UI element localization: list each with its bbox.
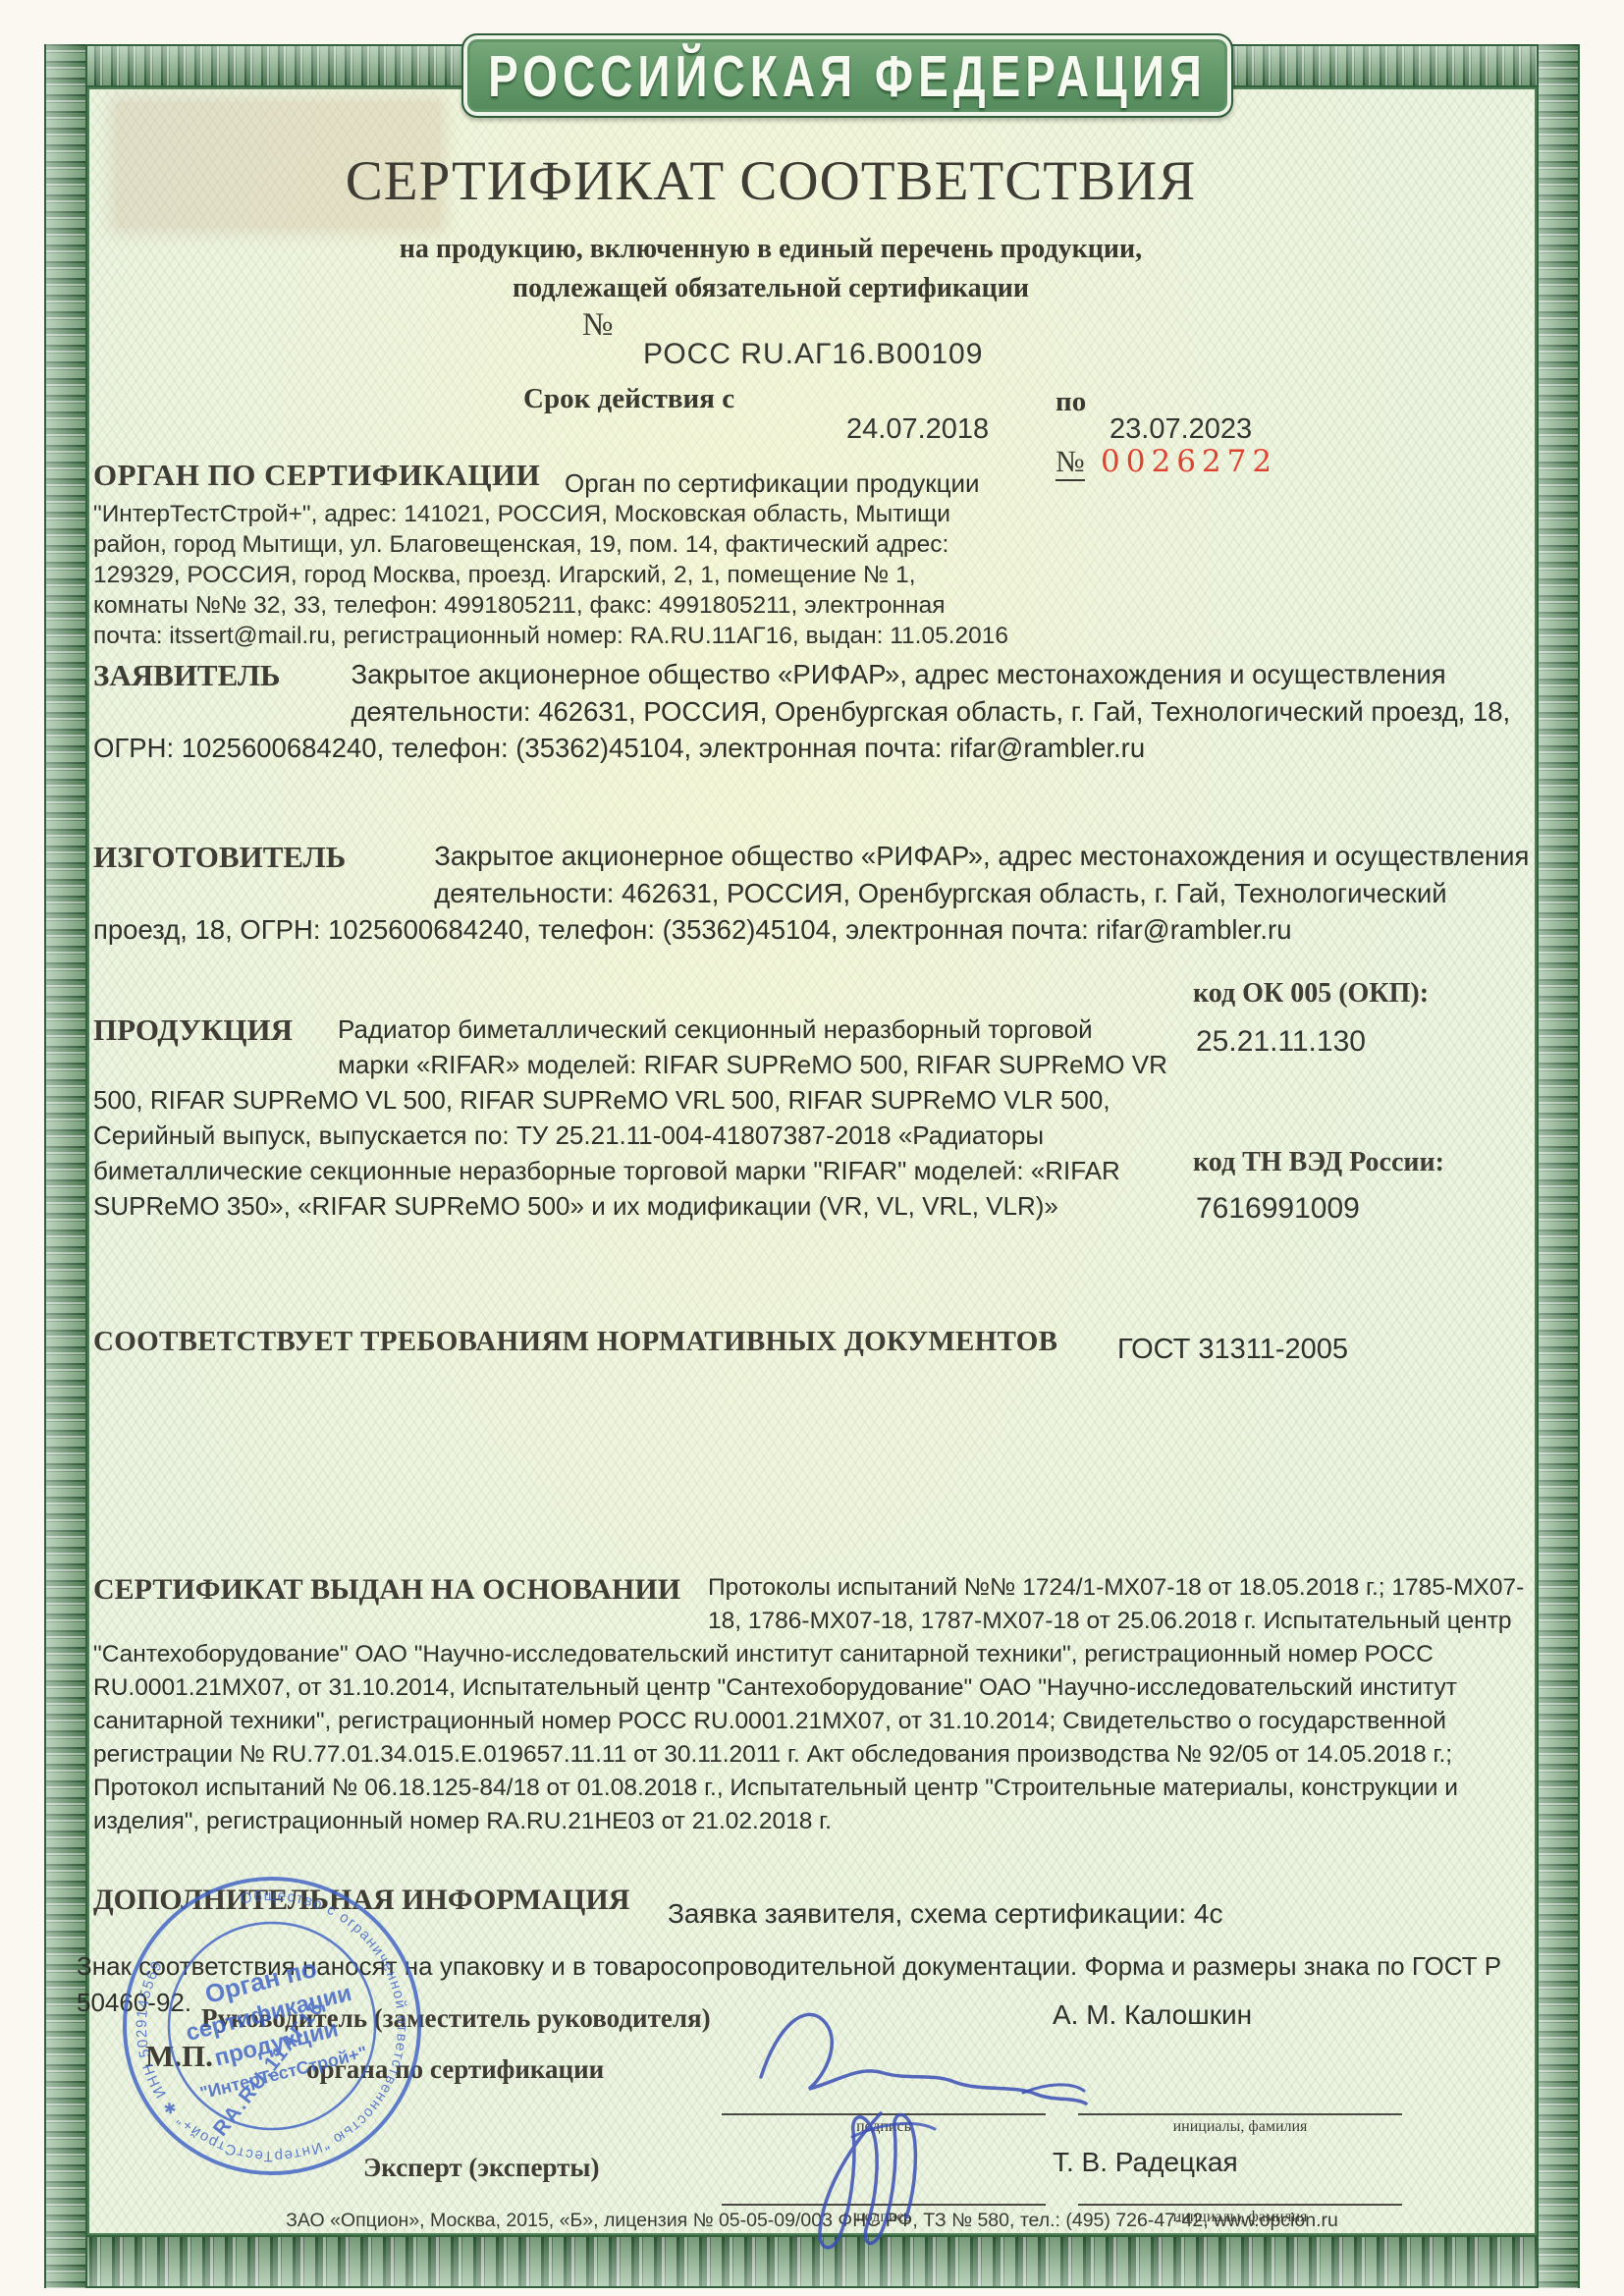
compliance-standard: ГОСТ 31311-2005 bbox=[1117, 1334, 1348, 1366]
tnved-code-label: код ТН ВЭД России: bbox=[1193, 1147, 1444, 1178]
expert-name: Т. В. Радецкая bbox=[1053, 2147, 1238, 2178]
applicant-section: ЗАЯВИТЕЛЬ Закрытое акционерное общество … bbox=[93, 656, 1539, 767]
rf-banner: РОССИЙСКАЯ ФЕДЕРАЦИЯ bbox=[461, 33, 1233, 118]
certificate-number-label: № bbox=[582, 307, 614, 344]
blank-serial-label: № bbox=[1056, 444, 1085, 481]
product-section: ПРОДУКЦИЯ Радиатор биметаллический секци… bbox=[93, 1011, 1168, 1224]
head-name-line: инициалы, фамилия bbox=[1078, 2113, 1402, 2136]
head-name: А. М. Калошкин bbox=[1053, 1999, 1252, 2031]
manufacturer-section: ИЗГОТОВИТЕЛЬ Закрытое акционерное общест… bbox=[93, 838, 1539, 949]
validity-label: Срок действия с bbox=[523, 383, 734, 415]
border-bottom bbox=[44, 2235, 1580, 2288]
certificate-number-value: РОСС RU.АГ16.В00109 bbox=[643, 338, 983, 371]
head-signature-line: подпись bbox=[722, 2113, 1046, 2136]
compliance-heading: СООТВЕТСТВУЕТ ТРЕБОВАНИЯМ НОРМАТИВНЫХ ДО… bbox=[93, 1326, 1057, 1358]
print-house-footer: ЗАО «Опцион», Москва, 2015, «Б», лицензи… bbox=[88, 2210, 1536, 2232]
okp-code-value: 25.21.11.130 bbox=[1196, 1025, 1366, 1059]
validity-to-date: 23.07.2023 bbox=[1110, 413, 1252, 446]
product-heading: ПРОДУКЦИЯ bbox=[93, 1012, 293, 1048]
certification-body-heading: ОРГАН ПО СЕРТИФИКАЦИИ bbox=[93, 458, 540, 493]
head-signature-caption: подпись bbox=[722, 2118, 1046, 2136]
blank-serial-digits: 0026272 bbox=[1101, 444, 1277, 479]
basis-section: СЕРТИФИКАТ ВЫДАН НА ОСНОВАНИИ Протоколы … bbox=[93, 1571, 1541, 1838]
border-right bbox=[1537, 44, 1580, 2288]
head-name-caption: инициалы, фамилия bbox=[1078, 2118, 1402, 2136]
certificate-title: СЕРТИФИКАТ СООТВЕТСТВИЯ bbox=[88, 149, 1453, 213]
certificate-subtitle-line2: подлежащей обязательной сертификации bbox=[88, 273, 1453, 304]
tnved-code-value: 7616991009 bbox=[1196, 1192, 1360, 1226]
validity-from-date: 24.07.2018 bbox=[846, 413, 989, 446]
basis-heading: СЕРТИФИКАТ ВЫДАН НА ОСНОВАНИИ bbox=[93, 1573, 680, 1607]
applicant-text: Закрытое акционерное общество «РИФАР», а… bbox=[93, 659, 1510, 763]
certification-body-text: "ИнтерТестСтрой+", адрес: 141021, РОССИЯ… bbox=[93, 499, 1016, 651]
certification-body-intro: Орган по сертификации продукции bbox=[565, 468, 980, 499]
expert-role: Эксперт (эксперты) bbox=[363, 2153, 599, 2183]
manufacturer-heading: ИЗГОТОВИТЕЛЬ bbox=[93, 839, 346, 876]
applicant-heading: ЗАЯВИТЕЛЬ bbox=[93, 657, 280, 694]
additional-info-value: Заявка заявителя, схема сертификации: 4с bbox=[668, 1898, 1222, 1930]
certificate-subtitle-line1: на продукцию, включенную в единый перече… bbox=[88, 234, 1453, 265]
rf-banner-title: РОССИЙСКАЯ ФЕДЕРАЦИЯ bbox=[488, 41, 1207, 110]
validity-to-label: по bbox=[1056, 386, 1086, 418]
basis-text: Протоколы испытаний №№ 1724/1-МХ07-18 от… bbox=[93, 1574, 1524, 1834]
certificate-page: РОССИЙСКАЯ ФЕДЕРАЦИЯ СЕРТИФИКАТ СООТВЕТС… bbox=[0, 0, 1624, 2296]
blank-serial-number: № 0026272 bbox=[1056, 444, 1277, 479]
okp-code-label: код ОК 005 (ОКП): bbox=[1193, 978, 1429, 1010]
